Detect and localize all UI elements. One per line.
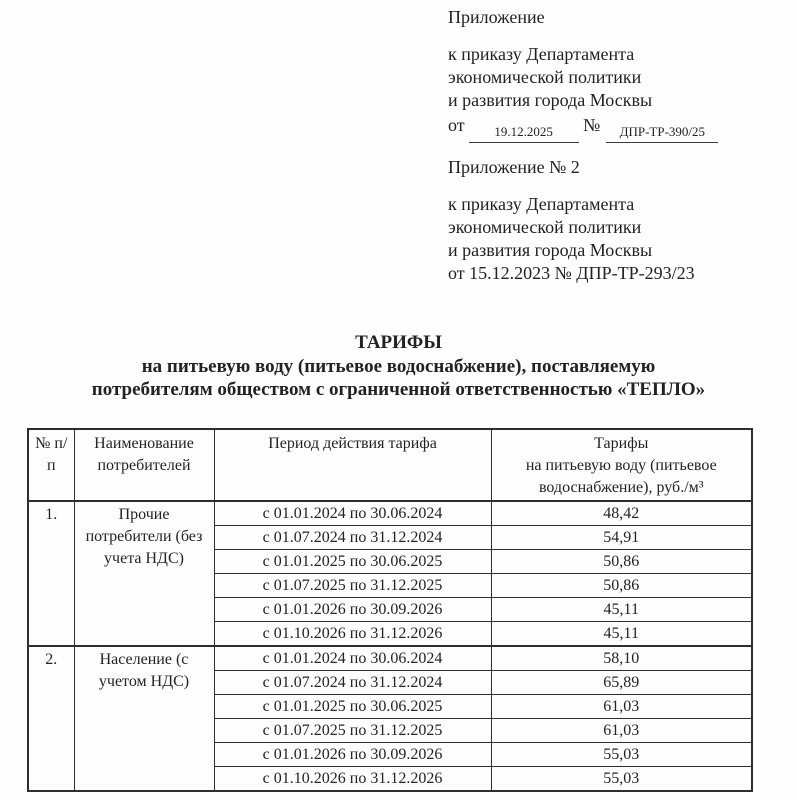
appendix-2-line-3: и развития города Москвы	[448, 239, 778, 262]
document-title: ТАРИФЫ на питьевую воду (питьевое водосн…	[0, 331, 797, 402]
tariff-cell: 50,86	[491, 550, 752, 574]
row-group-number: 1.	[28, 501, 74, 646]
header-consumer: Наименование потребителей	[74, 429, 214, 501]
appendix-2-line-1: к приказу Департамента	[448, 193, 778, 216]
from-label: от	[448, 115, 465, 135]
header-tariff-line-1: Тарифы	[496, 433, 748, 455]
number-sign: №	[583, 115, 600, 135]
appendix-2-order-reference: к приказу Департамента экономической пол…	[448, 193, 778, 285]
period-cell: с 01.07.2025 по 31.12.2025	[214, 719, 491, 743]
tariff-cell: 55,03	[491, 743, 752, 767]
tariff-cell: 45,11	[491, 598, 752, 622]
appendix-1-date-number-line: от19.12.2025 №ДПР-ТР-390/25	[448, 114, 778, 143]
tariff-cell: 65,89	[491, 671, 752, 695]
period-cell: с 01.07.2025 по 31.12.2025	[214, 574, 491, 598]
appendix-2-date-number-line: от 15.12.2023 № ДПР-ТР-293/23	[448, 262, 778, 285]
tariff-table-header: № п/п Наименование потребителей Период д…	[28, 429, 752, 501]
date-blank-filled: 19.12.2025	[469, 124, 579, 143]
period-cell: с 01.01.2026 по 30.09.2026	[214, 598, 491, 622]
tariff-cell: 54,91	[491, 526, 752, 550]
period-cell: с 01.01.2026 по 30.09.2026	[214, 743, 491, 767]
header-row: № п/п Наименование потребителей Период д…	[28, 429, 752, 501]
tariff-table-body: 1. Прочие потребители (без учета НДС) с …	[28, 501, 752, 791]
document-title-line-1: ТАРИФЫ	[0, 331, 797, 355]
table-row: 1. Прочие потребители (без учета НДС) с …	[28, 501, 752, 526]
tariff-cell: 58,10	[491, 646, 752, 671]
document-page: Приложение к приказу Департамента эконом…	[0, 0, 797, 800]
number-blank-filled: ДПР-ТР-390/25	[606, 124, 718, 143]
period-cell: с 01.10.2026 по 31.12.2026	[214, 767, 491, 792]
header-num: № п/п	[28, 429, 74, 501]
header-tariff-line-2: на питьевую воду (питьевое	[496, 455, 748, 477]
appendix-block-2: Приложение № 2 к приказу Департамента эк…	[448, 156, 778, 285]
appendix-1-line-2: экономической политики	[448, 66, 778, 89]
appendix-block-1: Приложение к приказу Департамента эконом…	[448, 6, 778, 143]
period-cell: с 01.07.2024 по 31.12.2024	[214, 526, 491, 550]
period-cell: с 01.01.2024 по 30.06.2024	[214, 501, 491, 526]
tariff-cell: 45,11	[491, 622, 752, 647]
appendix-2-title: Приложение № 2	[448, 156, 778, 179]
header-tariff: Тарифы на питьевую воду (питьевое водосн…	[491, 429, 752, 501]
document-title-line-3: потребителям обществом с ограниченной от…	[0, 378, 797, 402]
tariff-cell: 61,03	[491, 719, 752, 743]
period-cell: с 01.07.2024 по 31.12.2024	[214, 671, 491, 695]
document-title-line-2: на питьевую воду (питьевое водоснабжение…	[0, 355, 797, 379]
tariff-cell: 48,42	[491, 501, 752, 526]
consumer-name: Население (с учетом НДС)	[74, 646, 214, 791]
appendix-1-line-3: и развития города Москвы	[448, 89, 778, 112]
appendix-1-order-reference: к приказу Департамента экономической пол…	[448, 43, 778, 112]
header-tariff-line-3: водоснабжение), руб./м³	[496, 477, 748, 499]
appendix-1-line-1: к приказу Департамента	[448, 43, 778, 66]
period-cell: с 01.01.2025 по 30.06.2025	[214, 550, 491, 574]
header-period: Период действия тарифа	[214, 429, 491, 501]
tariff-cell: 55,03	[491, 767, 752, 792]
period-cell: с 01.10.2026 по 31.12.2026	[214, 622, 491, 647]
tariff-cell: 61,03	[491, 695, 752, 719]
appendix-2-line-2: экономической политики	[448, 216, 778, 239]
row-group-number: 2.	[28, 646, 74, 791]
appendix-1-title: Приложение	[448, 6, 778, 29]
tariff-cell: 50,86	[491, 574, 752, 598]
consumer-name: Прочие потребители (без учета НДС)	[74, 501, 214, 646]
tariff-table: № п/п Наименование потребителей Период д…	[27, 428, 753, 792]
period-cell: с 01.01.2025 по 30.06.2025	[214, 695, 491, 719]
period-cell: с 01.01.2024 по 30.06.2024	[214, 646, 491, 671]
table-row: 2. Население (с учетом НДС) с 01.01.2024…	[28, 646, 752, 671]
